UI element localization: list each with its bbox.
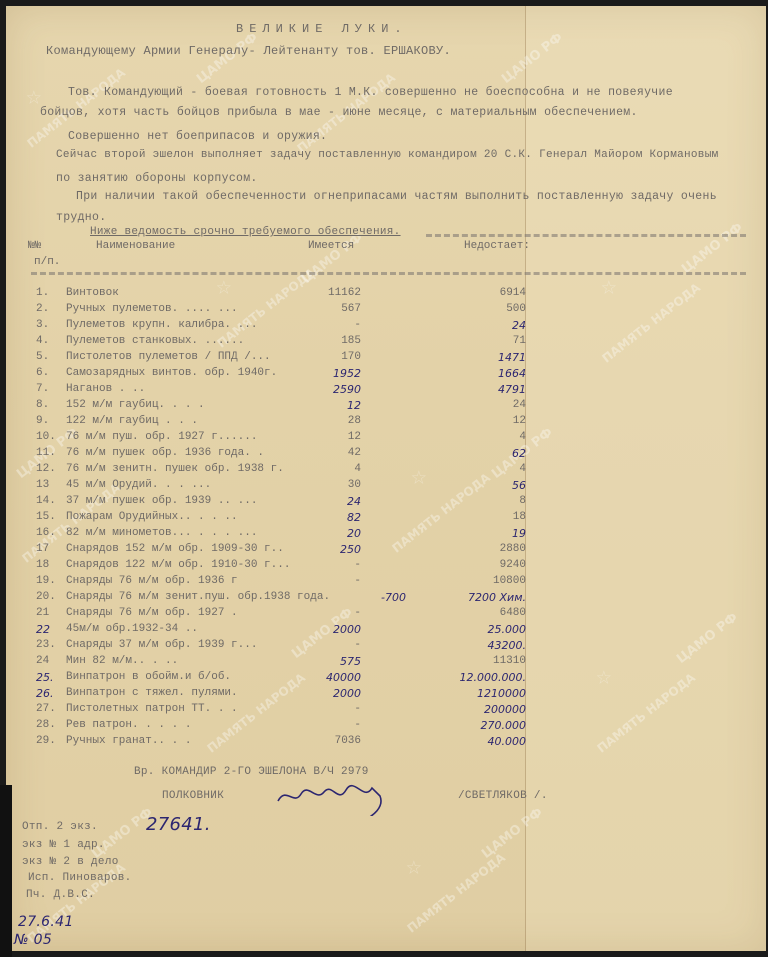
row-num: 21 (36, 607, 49, 619)
row-num: 11. (36, 447, 56, 459)
row-lack: 4 (426, 463, 526, 475)
row-num: 5. (36, 351, 49, 363)
row-name: Самозарядных винтов. обр. 1940г. (66, 367, 277, 379)
row-name: Ручных гранат.. . . (66, 735, 191, 747)
row-lack: 18 (426, 511, 526, 523)
row-name: Снаряды 76 м/м обр. 1927 . (66, 607, 238, 619)
row-lack: 8 (426, 495, 526, 507)
row-have: 575 (291, 655, 361, 668)
row-num: 25. (36, 671, 54, 684)
row-have: - (291, 575, 361, 587)
row-name: Винтовок (66, 287, 119, 299)
row-num: 2. (36, 303, 49, 315)
row-have: 4 (291, 463, 361, 475)
row-lack: 4 (426, 431, 526, 443)
row-lack: 9240 (426, 559, 526, 571)
paragraph-line: Тов. Командующий - боевая готовность 1 М… (68, 86, 673, 99)
row-name: 76 м/м пушек обр. 1936 года. . (66, 447, 264, 459)
row-have: 28 (291, 415, 361, 427)
signer-name: /СВЕТЛЯКОВ /. (458, 790, 548, 802)
row-lack: 12 (426, 415, 526, 427)
row-have: 12 (291, 431, 361, 443)
row-name: Мин 82 м/м.. . .. (66, 655, 178, 667)
row-have: 30 (291, 479, 361, 491)
row-name: 122 м/м гаубиц . . . (66, 415, 198, 427)
row-name: Снаряды 37 м/м обр. 1939 г... (66, 639, 257, 651)
row-lack: 1471 (426, 351, 526, 364)
handwritten-date: 27.6.41 (18, 914, 74, 930)
table-row: 29.Ручных гранат.. . .703640.000 (6, 735, 766, 753)
signer-rank: ПОЛКОВНИК (162, 790, 224, 802)
row-have: 40000 (291, 671, 361, 684)
row-num: 22 (36, 623, 50, 636)
paragraph-line: При наличии такой обеспеченности огнепри… (76, 190, 717, 203)
row-name: Пулеметов крупн. калибра. ... (66, 319, 257, 331)
footer-line: Исп. Пиноваров. (28, 872, 132, 884)
row-lack: 25.000 (426, 623, 526, 636)
handwritten-ref: № 05 (14, 932, 52, 948)
row-have: 2590 (291, 383, 361, 396)
row-lack: 7200 Хим. (426, 591, 526, 604)
row-have: - (291, 639, 361, 651)
row-name: Винпатрон в обойм.и б/об. (66, 671, 231, 683)
row-lack: 2880 (426, 543, 526, 555)
row-lack: 24 (426, 399, 526, 411)
row-name: 76 м/м пуш. обр. 1927 г...... (66, 431, 257, 443)
row-num: 27. (36, 703, 56, 715)
row-lack: 12.000.000. (426, 671, 526, 684)
row-num: 20. (36, 591, 56, 603)
row-have: 567 (291, 303, 361, 315)
row-have: 2000 (291, 687, 361, 700)
handwritten-number: 27641. (146, 814, 211, 835)
row-num: 7. (36, 383, 49, 395)
row-lack: 40.000 (426, 735, 526, 748)
col-header-num2: п/п. (34, 256, 60, 268)
row-lack: 10800 (426, 575, 526, 587)
document-page: ЦАМО РФ ЦАМО РФ ПАМЯТЬ НАРОДА ПАМЯТЬ НАР… (6, 6, 766, 951)
row-num: 23. (36, 639, 56, 651)
row-name: 45 м/м Орудий. . . ... (66, 479, 211, 491)
footer-line: Отп. 2 экз. (22, 821, 98, 833)
row-name: Рев патрон. . . . . (66, 719, 191, 731)
row-name: Пожарам Орудийных.. . . .. (66, 511, 238, 523)
row-name: Пистолетов пулеметов / ППД /... (66, 351, 271, 363)
row-num: 9. (36, 415, 49, 427)
col-header-have: Имеется (308, 240, 354, 252)
watermark-camo: ЦАМО РФ (194, 30, 261, 87)
row-num: 18 (36, 559, 49, 571)
row-lack: 4791 (426, 383, 526, 396)
row-num: 24 (36, 655, 49, 667)
row-have: - (291, 607, 361, 619)
row-name: Снаряды 76 м/м зенит.пуш. обр.1938 года. (66, 591, 330, 603)
row-lack: 62 (426, 447, 526, 460)
footer-line: экз № 1 адр. (22, 839, 105, 851)
row-have: 185 (291, 335, 361, 347)
row-have: 42 (291, 447, 361, 459)
row-num: 15. (36, 511, 56, 523)
row-lack: 43200. (426, 639, 526, 652)
row-lack: 11310 (426, 655, 526, 667)
row-lack: 71 (426, 335, 526, 347)
row-name: Пулеметов станковых. ...... (66, 335, 244, 347)
row-num: 29. (36, 735, 56, 747)
row-name: Ручных пулеметов. .... ... (66, 303, 238, 315)
table-caption-text: Ниже ведомость срочно требуемого обеспеч… (90, 226, 401, 238)
col-header-lack: Недостает: (464, 240, 530, 252)
row-have: 7036 (291, 735, 361, 747)
star-watermark-icon: ☆ (406, 851, 422, 882)
row-name: Снарядов 152 м/м обр. 1909-30 г.. (66, 543, 284, 555)
row-have: 20 (291, 527, 361, 540)
row-have: 12 (291, 399, 361, 412)
col-header-name: Наименование (96, 240, 175, 252)
row-lack: 19 (426, 527, 526, 540)
row-num: 16. (36, 527, 56, 539)
row-lack: 1210000 (426, 687, 526, 700)
row-lack: 6914 (426, 287, 526, 299)
row-num: 4. (36, 335, 49, 347)
row-have: - (291, 559, 361, 571)
table-rule-header (31, 272, 746, 275)
row-name: 82 м/м минометов... . . . ... (66, 527, 257, 539)
row-name: Винпатрон с тяжел. пулями. (66, 687, 238, 699)
paragraph-line: трудно. (56, 211, 106, 224)
row-num: 19. (36, 575, 56, 587)
row-have: -700 (336, 591, 406, 604)
row-num: 3. (36, 319, 49, 331)
row-have: - (291, 719, 361, 731)
row-lack: 1664 (426, 367, 526, 380)
row-have: 2000 (291, 623, 361, 636)
row-num: 17 (36, 543, 49, 555)
row-num: 28. (36, 719, 56, 731)
row-name: Снаряды 76 м/м обр. 1936 г (66, 575, 238, 587)
row-num: 26. (36, 687, 54, 700)
paragraph-line: Совершенно нет боеприпасов и оружия. (68, 130, 327, 143)
row-name: Пистолетных патрон ТТ. . . (66, 703, 238, 715)
row-have: 1952 (291, 367, 361, 380)
table-rule-top (426, 234, 746, 237)
row-lack: 270.000 (426, 719, 526, 732)
row-lack: 500 (426, 303, 526, 315)
row-name: 76 м/м зенитн. пушек обр. 1938 г. (66, 463, 284, 475)
row-num: 13 (36, 479, 49, 491)
paragraph-line: бойцов, хотя часть бойцов прибыла в мае … (40, 106, 638, 119)
col-header-num: №№ (28, 240, 41, 252)
row-have: 24 (291, 495, 361, 508)
footer-line: Пч. Д.В.С. (26, 889, 95, 901)
footer-line: экз № 2 в дело (22, 856, 119, 868)
row-num: 14. (36, 495, 56, 507)
row-lack: 24 (426, 319, 526, 332)
row-name: Снарядов 122 м/м обр. 1910-30 г... (66, 559, 290, 571)
row-have: 250 (291, 543, 361, 556)
row-lack: 56 (426, 479, 526, 492)
handwritten-signature-icon (276, 776, 396, 816)
row-num: 1. (36, 287, 49, 299)
row-have: 82 (291, 511, 361, 524)
row-name: 37 м/м пушек обр. 1939 .. ... (66, 495, 257, 507)
paragraph-line: по занятию обороны корпусом. (56, 172, 258, 185)
scan-edge-shadow (0, 785, 12, 957)
row-lack: 6480 (426, 607, 526, 619)
row-num: 6. (36, 367, 49, 379)
row-num: 12. (36, 463, 56, 475)
row-have: - (291, 319, 361, 331)
row-num: 10. (36, 431, 56, 443)
row-name: 45м/м обр.1932-34 .. (66, 623, 198, 635)
row-lack: 200000 (426, 703, 526, 716)
row-have: 11162 (291, 287, 361, 299)
row-have: - (291, 703, 361, 715)
paragraph-line: Сейчас второй эшелон выполняет задачу по… (56, 149, 719, 161)
place-title: ВЕЛИКИЕ ЛУКИ. (236, 22, 408, 36)
addressee: Командующему Армии Генералу- Лейтенанту … (46, 44, 451, 58)
row-name: 152 м/м гаубиц. . . . (66, 399, 205, 411)
row-have: 170 (291, 351, 361, 363)
row-name: Наганов . .. (66, 383, 145, 395)
row-num: 8. (36, 399, 49, 411)
